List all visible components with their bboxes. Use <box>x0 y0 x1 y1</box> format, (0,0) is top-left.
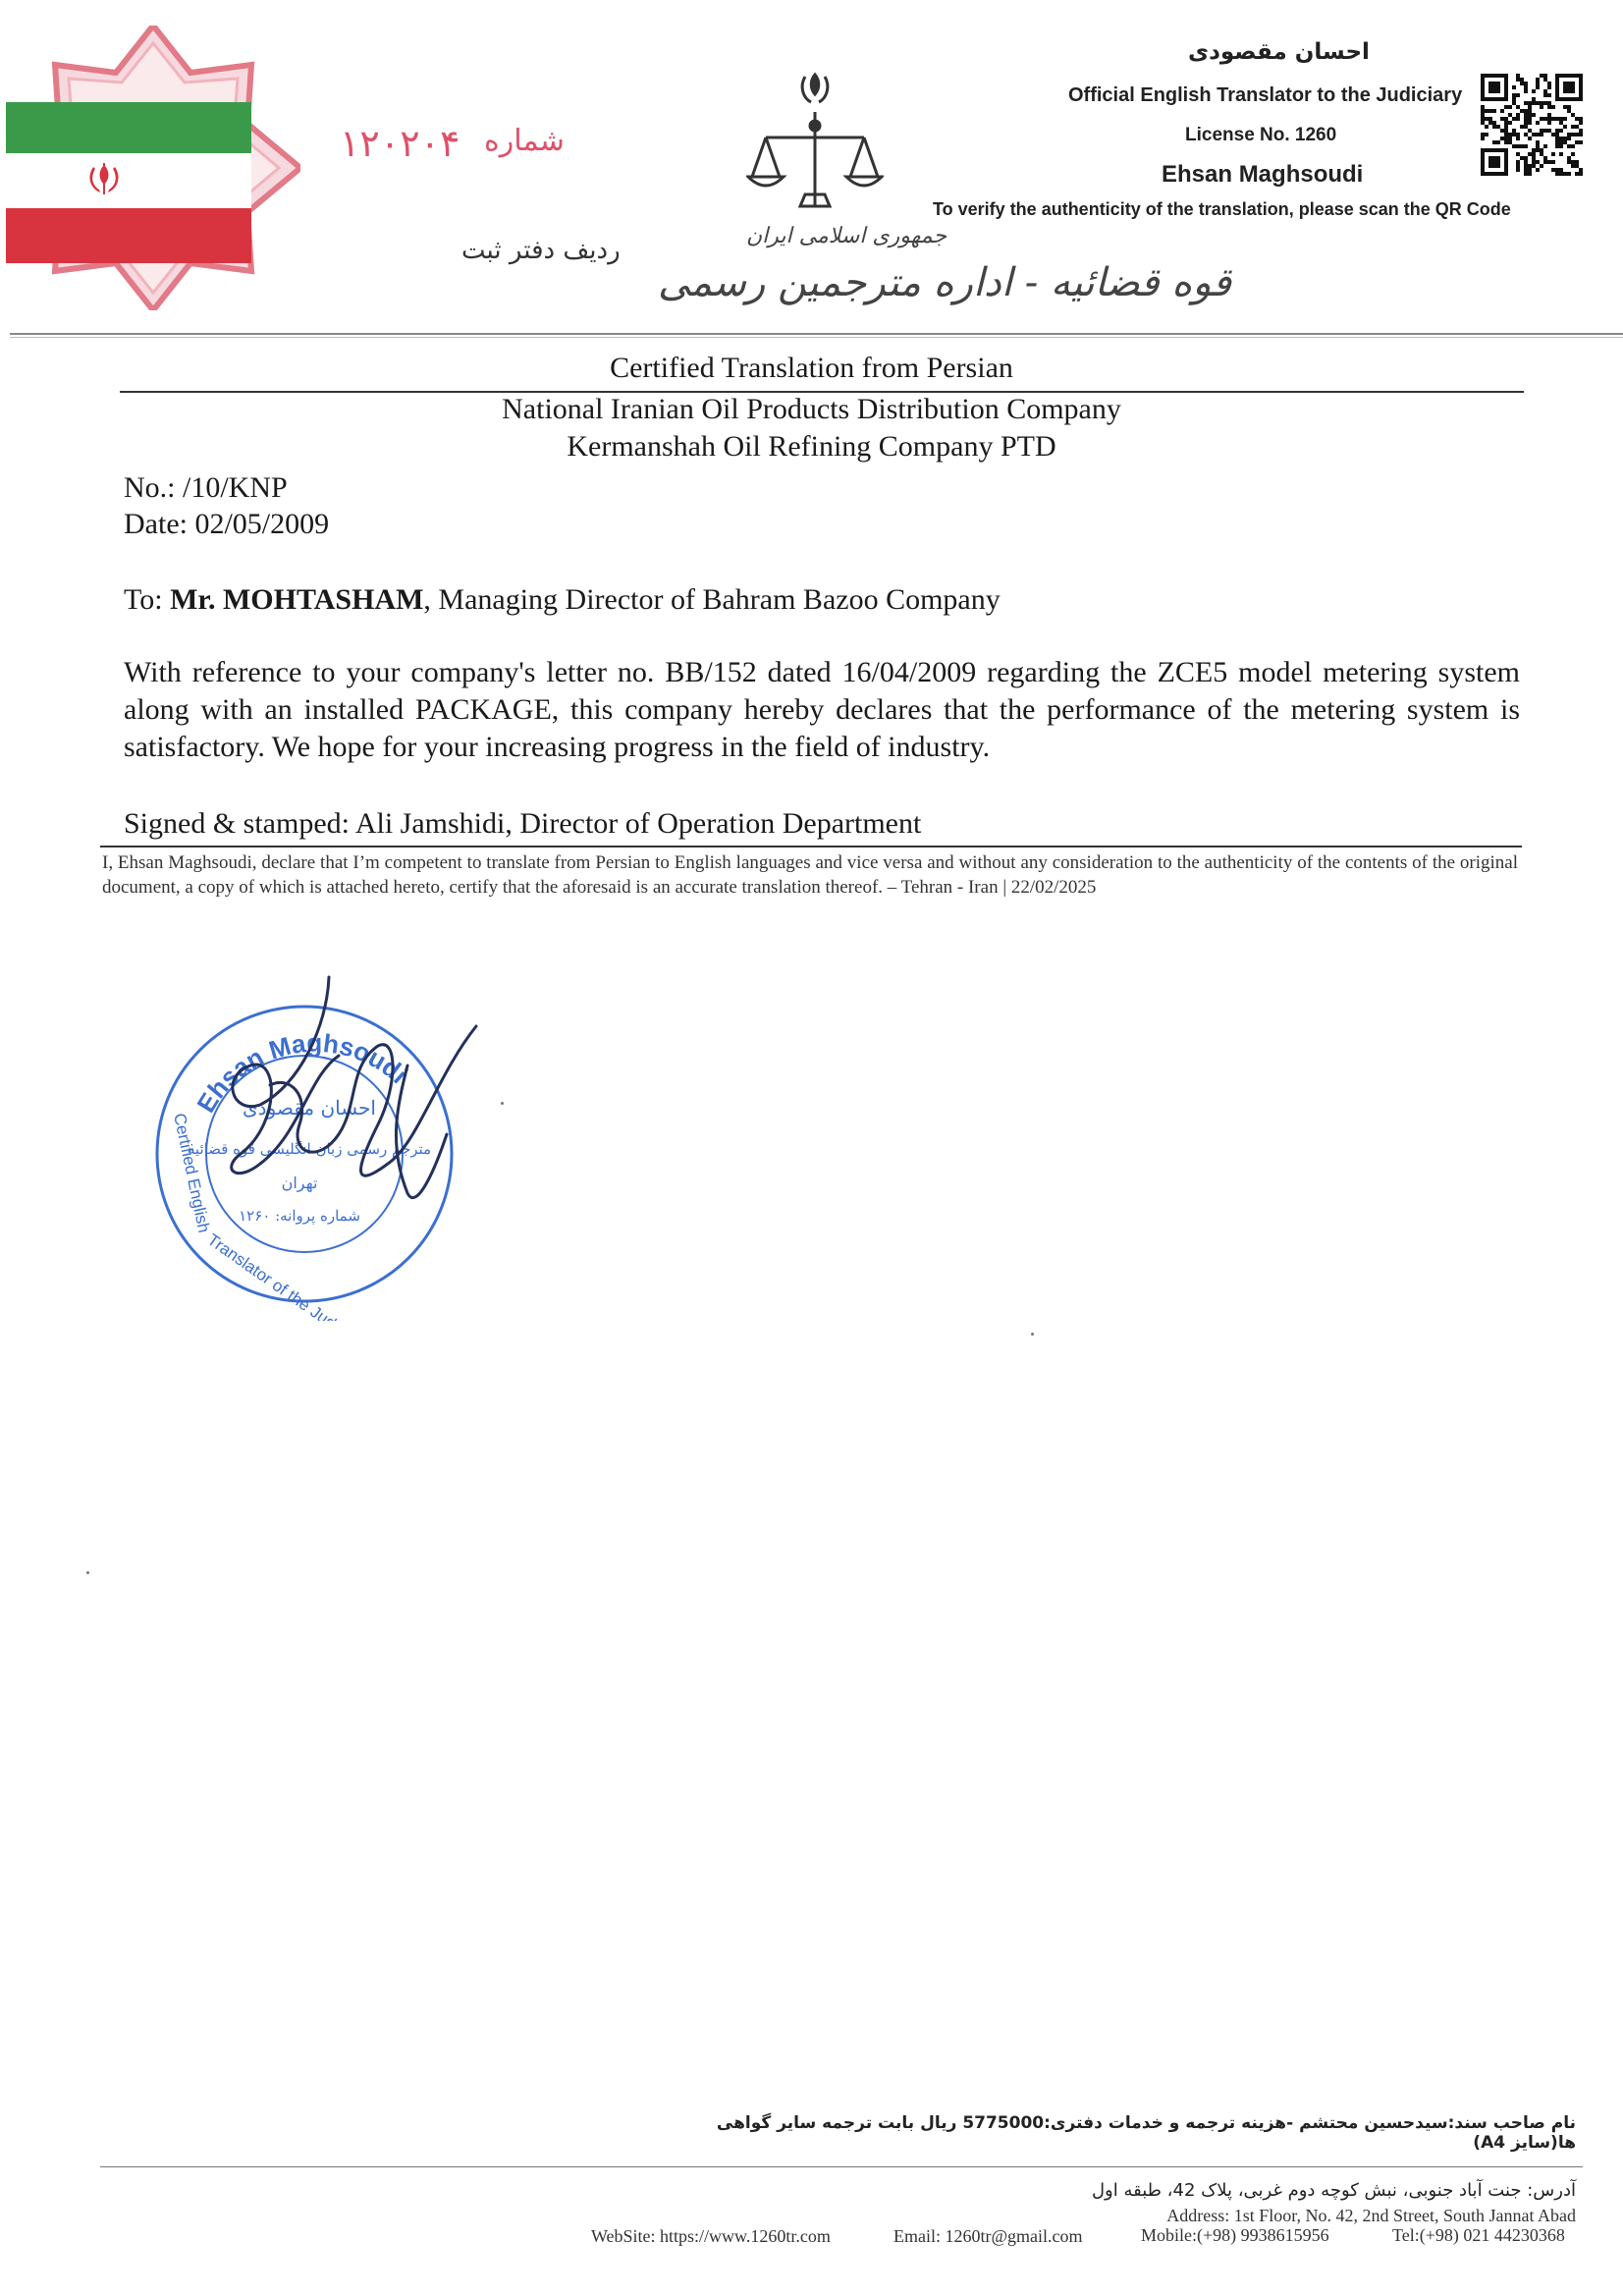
translator-name-persian: احسان مقصودی <box>1188 39 1370 65</box>
iran-flag-star-emblem <box>6 26 300 310</box>
address-persian: آدرس: جنت آباد جنوبی، نبش کوچه دوم غربی،… <box>884 2180 1576 2201</box>
email-link[interactable]: Email: 1260tr@gmail.com <box>893 2226 1083 2247</box>
mobile-number: Mobile:(+98) 9938615956 <box>1141 2225 1329 2246</box>
recipient-title: , Managing Director of Bahram Bazoo Comp… <box>423 583 1000 616</box>
stamp-center-line-3: تهران <box>282 1174 318 1192</box>
stamp-center-line-4: شماره پروانه: ۱۲۶۰ <box>239 1207 360 1225</box>
judiciary-office-text: قوه قضائیه - اداره مترجمین رسمی <box>658 260 1231 305</box>
qr-code-icon[interactable] <box>1481 74 1583 176</box>
scan-speck <box>501 1102 504 1105</box>
stamp-center-line-2: مترجم رسمی زبان انگلیسی قوه قضائیه <box>188 1140 431 1158</box>
recipient-line: To: Mr. MOHTASHAM, Managing Director of … <box>124 583 1001 617</box>
scan-speck <box>1031 1333 1034 1336</box>
svg-text:Certified English: Certified English <box>170 1112 213 1234</box>
verify-qr-note: To verify the authenticity of the transl… <box>933 199 1511 220</box>
translator-stamp: Ehsan Maghsoudi Certified English Transl… <box>152 967 525 1321</box>
reference-number: No.: /10/KNP <box>124 471 288 505</box>
judiciary-country-text: جمهوری اسلامی ایران <box>746 224 947 248</box>
judiciary-scales-emblem <box>746 69 884 226</box>
website-link[interactable]: WebSite: https://www.1260tr.com <box>591 2226 831 2247</box>
translator-title: Official English Translator to the Judic… <box>1068 84 1462 107</box>
telephone-number: Tel:(+98) 021 44230368 <box>1392 2225 1565 2246</box>
stamp-center-line-1: احسان مقصودی <box>243 1096 376 1120</box>
svg-text:Translator of the Judiciary of: Translator of the Judiciary of I.R.Iran <box>204 1230 436 1321</box>
reference-date: Date: 02/05/2009 <box>124 508 329 541</box>
translator-declaration: I, Ehsan Maghsoudi, declare that I’m com… <box>102 850 1518 900</box>
company-line-1: National Iranian Oil Products Distributi… <box>0 393 1623 426</box>
company-line-2: Kermanshah Oil Refining Company PTD <box>0 430 1623 464</box>
scan-speck <box>86 1571 89 1574</box>
registration-number-value: ۱۲۰۲۰۴ <box>340 122 460 165</box>
letter-body: With reference to your company's letter … <box>124 654 1520 766</box>
header-divider-secondary <box>10 337 1623 338</box>
recipient-name: Mr. MOHTASHAM <box>170 583 423 616</box>
recipient-prefix: To: <box>124 583 170 616</box>
certified-translation-title: Certified Translation from Persian <box>0 352 1623 385</box>
fee-line: نام صاحب سند:سیدحسین محتشم -هزینه ترجمه … <box>668 2113 1576 2153</box>
signature-line: Signed & stamped: Ali Jamshidi, Director… <box>124 807 921 841</box>
license-number: License No. 1260 <box>1185 125 1336 146</box>
header-divider <box>10 333 1623 335</box>
address-english: Address: 1st Floor, No. 42, 2nd Street, … <box>884 2206 1576 2226</box>
footer-divider <box>100 2166 1583 2167</box>
translator-name-english: Ehsan Maghsoudi <box>1162 161 1363 189</box>
registration-number-label: شماره <box>484 124 565 158</box>
registry-row-label: ردیف دفتر ثبت <box>461 236 621 265</box>
signature-divider <box>100 846 1522 847</box>
